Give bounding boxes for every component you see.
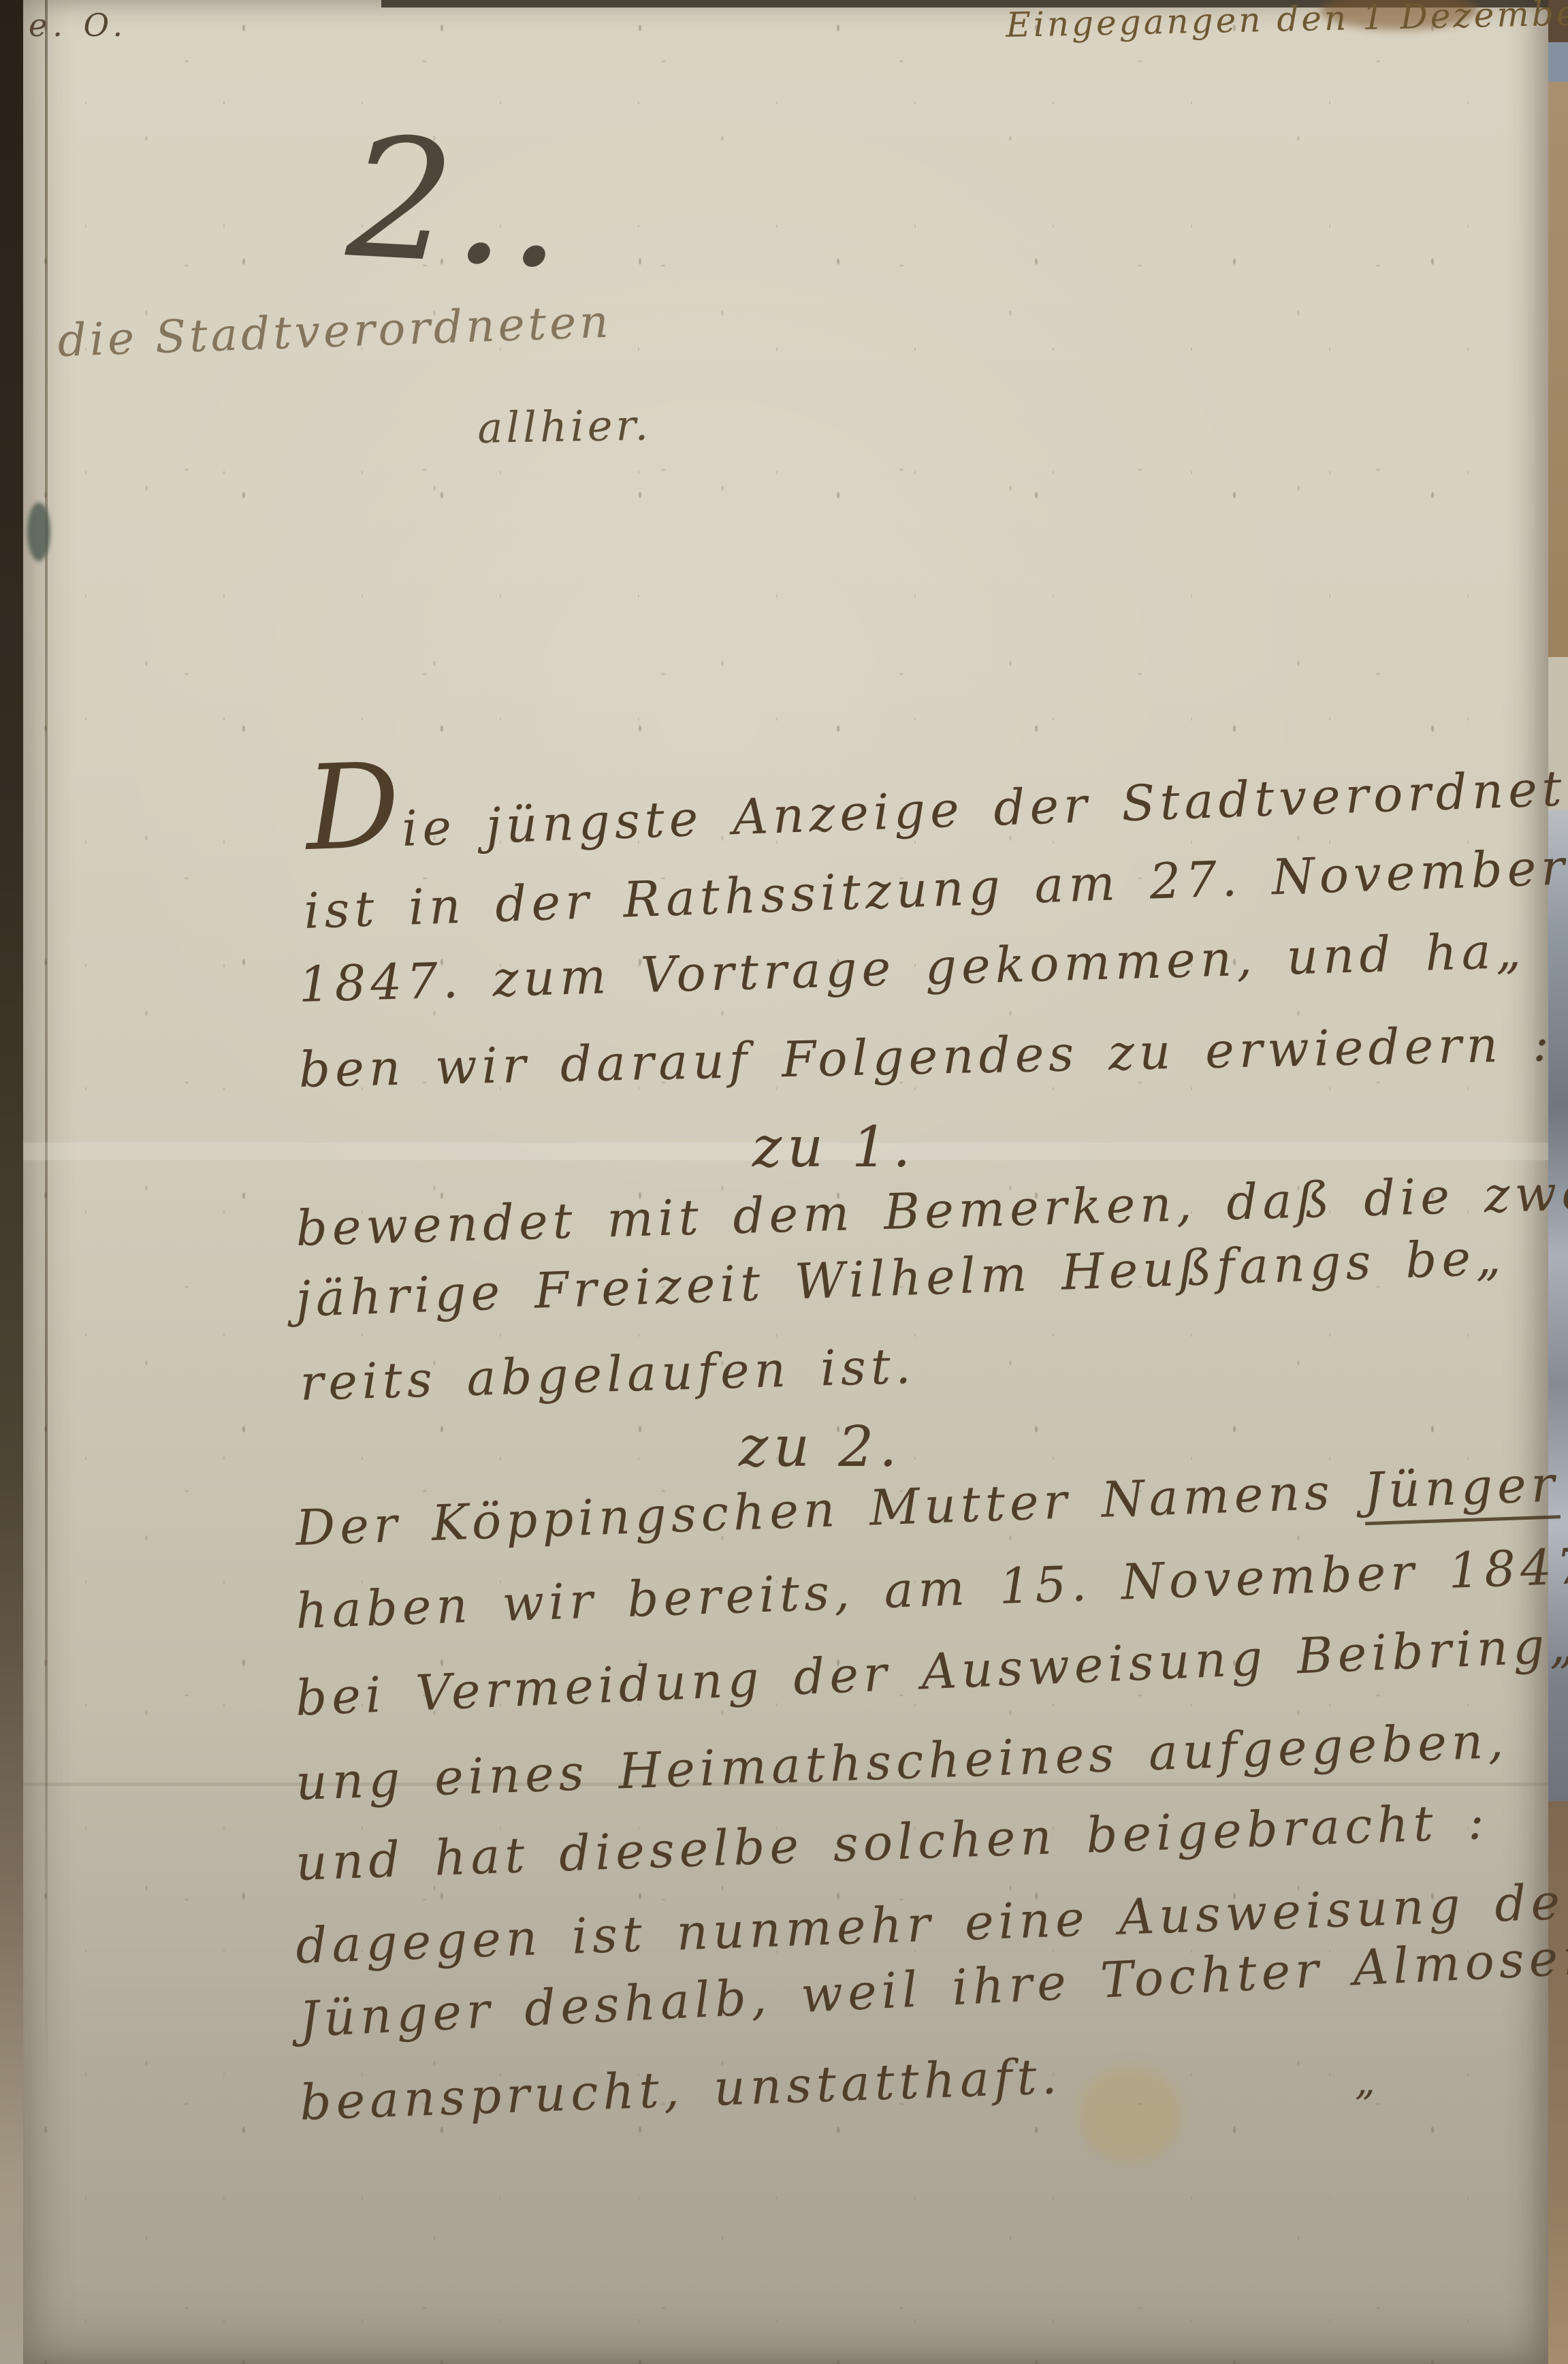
section-heading-1: zu 1. (752, 1115, 916, 1180)
stain-bottom (1079, 2066, 1181, 2162)
address-line-place: allhier. (477, 400, 652, 453)
archival-corner-note: e. O. (29, 7, 128, 44)
section-heading-2: zu 2. (739, 1415, 902, 1480)
document-number: 2‥ (344, 114, 569, 291)
page-left-edge-shadow (0, 0, 23, 2364)
manuscript-photo: e. O. Eingegangen den 1 Dezember 47. 2‥ … (0, 0, 1568, 2364)
closing-quote-mark: „ (1355, 2058, 1375, 2104)
vertical-fold-crease (45, 0, 48, 2083)
underlined-name: Jünger (1363, 1455, 1561, 1525)
ink-blot-left-edge (27, 502, 50, 561)
